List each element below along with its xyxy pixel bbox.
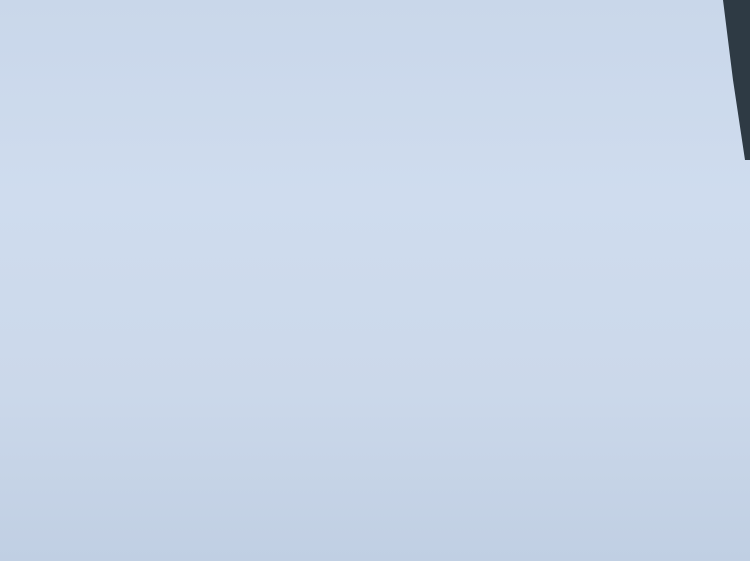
court-decision-page <box>0 0 750 561</box>
